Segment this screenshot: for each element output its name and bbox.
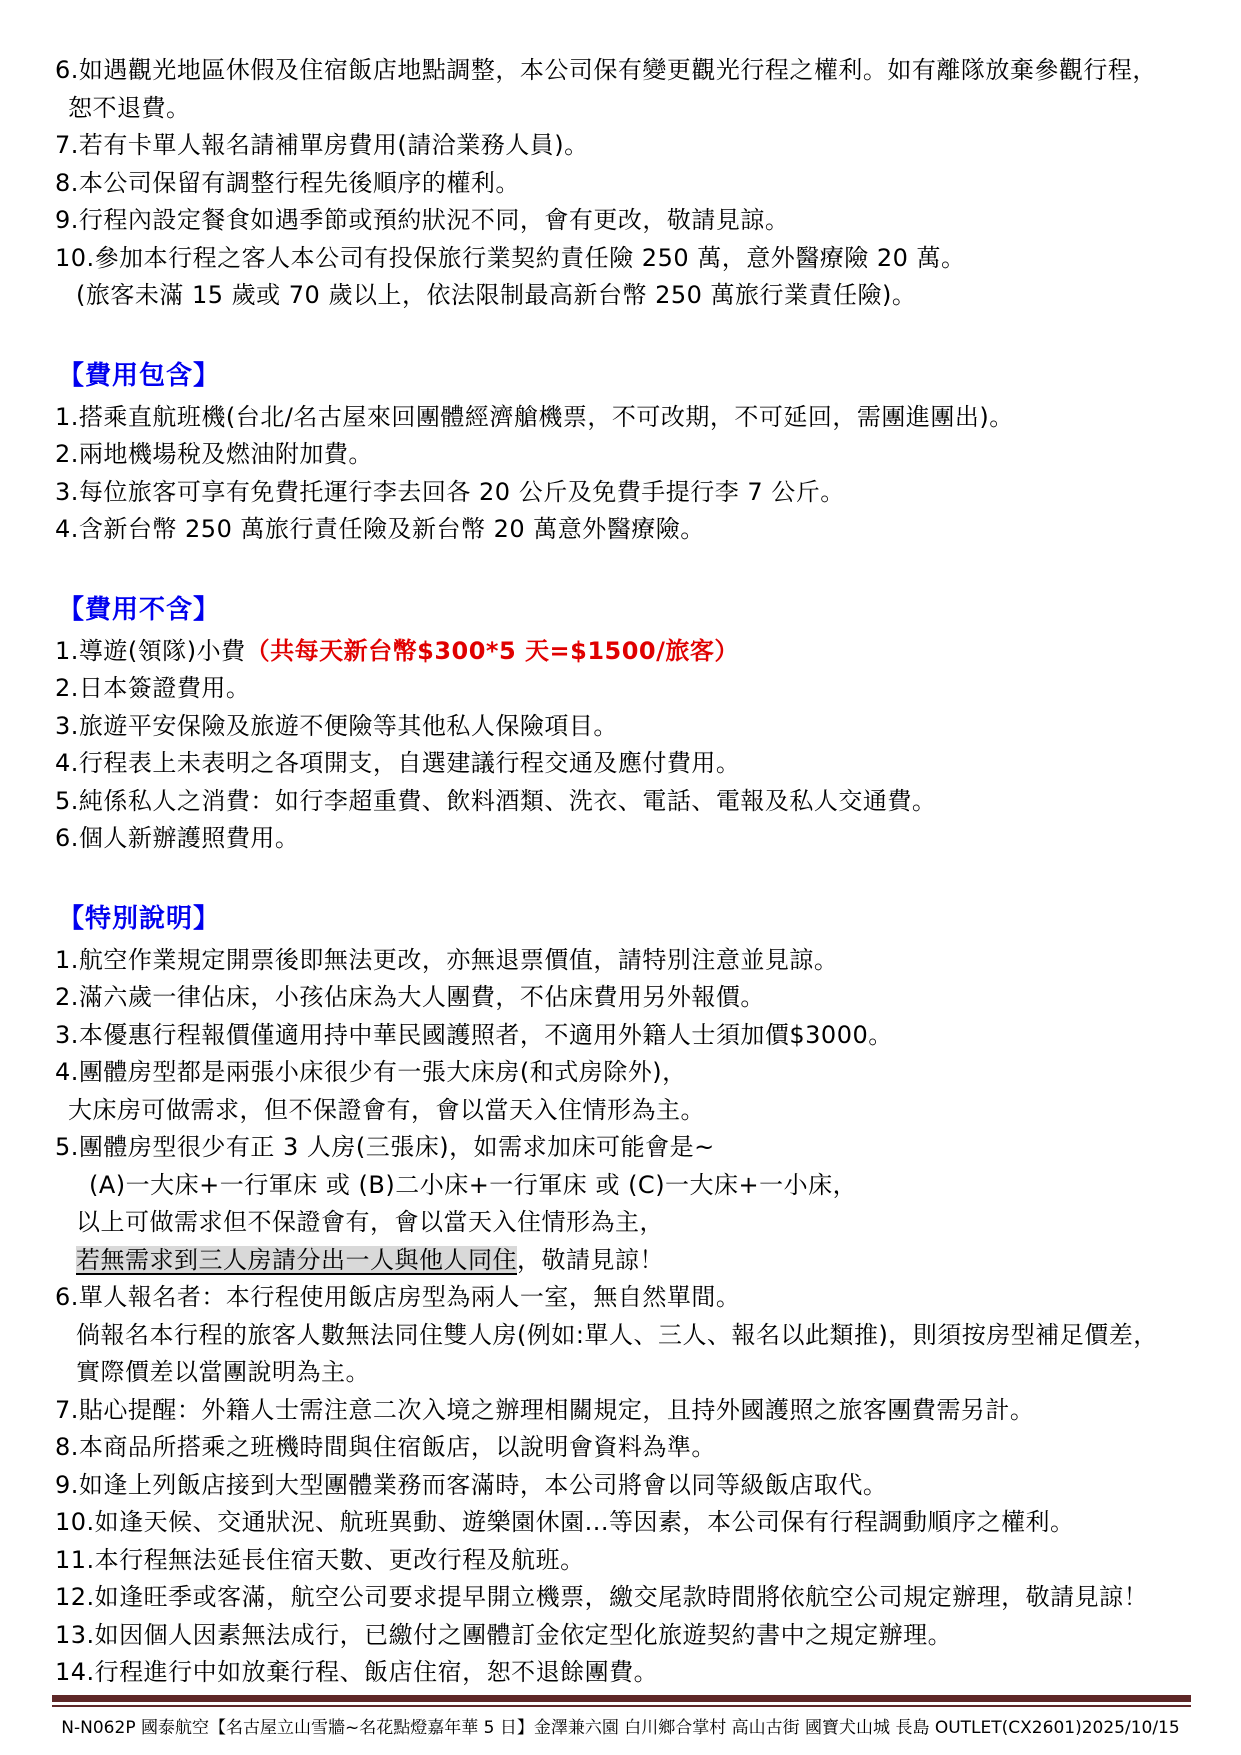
text-segment: 2.滿六歲一律佔床，小孩佔床為大人團費，不佔床費用另外報價。	[55, 983, 765, 1011]
fees-excluded: 1.導遊(領隊)小費（共每天新台幣$300*5 天=$1500/旅客）2.日本簽…	[55, 633, 1201, 858]
alert-text: （共每天新台幣$300*5 天=$1500/旅客）	[246, 637, 739, 665]
page-footer: N-N062P 國泰航空【名古屋立山雪牆~名花點燈嘉年華 5 日】金澤兼六園 白…	[0, 1695, 1241, 1740]
text-segment: 8.本公司保留有調整行程先後順序的權利。	[55, 169, 520, 197]
text-line: 3.旅遊平安保險及旅遊不便險等其他私人保險項目。	[55, 708, 1201, 746]
text-segment: 以上可做需求但不保證會有，會以當天入住情形為主，	[76, 1208, 664, 1236]
footer-text: N-N062P 國泰航空【名古屋立山雪牆~名花點燈嘉年華 5 日】金澤兼六園 白…	[0, 1716, 1241, 1740]
text-segment: (旅客未滿 15 歲或 70 歲以上，依法限制最高新台幣 250 萬旅行業責任險…	[76, 281, 916, 309]
text-line: 10.參加本行程之客人本公司有投保旅行業契約責任險 250 萬，意外醫療險 20…	[55, 240, 1201, 278]
text-line: 1.導遊(領隊)小費（共每天新台幣$300*5 天=$1500/旅客）	[55, 633, 1201, 671]
footer-divider	[52, 1695, 1191, 1707]
fees-included: 1.搭乘直航班機(台北/名古屋來回團體經濟艙機票，不可改期，不可延回，需團進團出…	[55, 399, 1201, 549]
text-segment: 1.航空作業規定開票後即無法更改，亦無退票價值，請特別注意並見諒。	[55, 946, 838, 974]
text-segment: 9.行程內設定餐食如遇季節或預約狀況不同，會有更改，敬請見諒。	[55, 206, 789, 234]
text-segment: 2.兩地機場稅及燃油附加費。	[55, 440, 373, 468]
text-segment: 恕不退費。	[68, 94, 191, 122]
text-segment: 3.本優惠行程報價僅適用持中華民國護照者，不適用外籍人士須加價$3000。	[55, 1021, 893, 1049]
text-segment: 3.每位旅客可享有免費托運行李去回各 20 公斤及免費手提行李 7 公斤。	[55, 478, 845, 506]
text-line: 9.行程內設定餐食如遇季節或預約狀況不同，會有更改，敬請見諒。	[55, 202, 1201, 240]
text-segment: 10.參加本行程之客人本公司有投保旅行業契約責任險 250 萬，意外醫療險 20…	[55, 244, 966, 272]
text-line: 13.如因個人因素無法成行，已繳付之團體訂金依定型化旅遊契約書中之規定辦理。	[55, 1617, 1201, 1655]
text-line: 4.行程表上未表明之各項開支，自選建議行程交通及應付費用。	[55, 745, 1201, 783]
text-segment: 8.本商品所搭乘之班機時間與住宿飯店，以說明會資料為準。	[55, 1433, 716, 1461]
document-content: 6.如遇觀光地區休假及住宿飯店地點調整，本公司保有變更觀光行程之權利。如有離隊放…	[0, 0, 1241, 1692]
text-line: 14.行程進行中如放棄行程、飯店住宿，恕不退餘團費。	[55, 1654, 1201, 1692]
text-line: 4.含新台幣 250 萬旅行責任險及新台幣 20 萬意外醫療險。	[55, 511, 1201, 549]
text-line: 8.本公司保留有調整行程先後順序的權利。	[55, 165, 1201, 203]
text-segment: 2.日本簽證費用。	[55, 674, 250, 702]
text-line: 11.本行程無法延長住宿天數、更改行程及航班。	[55, 1542, 1201, 1580]
text-segment: 14.行程進行中如放棄行程、飯店住宿，恕不退餘團費。	[55, 1658, 658, 1686]
text-segment: 10.如逢天候、交通狀況、航班異動、遊樂園休園...等因素，本公司保有行程調動順…	[55, 1508, 1075, 1536]
section-heading: 【特別說明】	[55, 896, 1201, 942]
text-line: 6.個人新辦護照費用。	[55, 820, 1201, 858]
text-line: 倘報名本行程的旅客人數無法同住雙人房(例如:單人、三人、報名以此類推)，則須按房…	[55, 1317, 1201, 1355]
general-notes: 6.如遇觀光地區休假及住宿飯店地點調整，本公司保有變更觀光行程之權利。如有離隊放…	[55, 52, 1201, 315]
text-segment: 6.個人新辦護照費用。	[55, 824, 299, 852]
text-segment: 4.行程表上未表明之各項開支，自選建議行程交通及應付費用。	[55, 749, 740, 777]
section-heading: 【費用包含】	[55, 353, 1201, 399]
text-line: (A)一大床+一行軍床 或 (B)二小床+一行軍床 或 (C)一大床+一小床，	[55, 1167, 1201, 1205]
text-line: 7.貼心提醒：外籍人士需注意二次入境之辦理相關規定，且持外國護照之旅客團費需另計…	[55, 1392, 1201, 1430]
text-line: 8.本商品所搭乘之班機時間與住宿飯店，以說明會資料為準。	[55, 1429, 1201, 1467]
text-segment: 6.單人報名者：本行程使用飯店房型為兩人一室，無自然單間。	[55, 1283, 740, 1311]
text-line: 1.搭乘直航班機(台北/名古屋來回團體經濟艙機票，不可改期，不可延回，需團進團出…	[55, 399, 1201, 437]
text-segment: 1.搭乘直航班機(台北/名古屋來回團體經濟艙機票，不可改期，不可延回，需團進團出…	[55, 403, 1014, 431]
text-segment: 9.如逢上列飯店接到大型團體業務而客滿時，本公司將會以同等級飯店取代。	[55, 1471, 887, 1499]
document-page: 6.如遇觀光地區休假及住宿飯店地點調整，本公司保有變更觀光行程之權利。如有離隊放…	[0, 0, 1241, 1740]
text-line: 4.團體房型都是兩張小床很少有一張大床房(和式房除外)，	[55, 1054, 1201, 1092]
text-segment: 實際價差以當團說明為主。	[76, 1358, 370, 1386]
highlighted-text: 若無需求到三人房請分出一人與他人同住	[76, 1246, 517, 1274]
text-segment: 5.純係私人之消費：如行李超重費、飲料酒類、洗衣、電話、電報及私人交通費。	[55, 787, 936, 815]
section-heading: 【費用不含】	[55, 587, 1201, 633]
text-line: 5.團體房型很少有正 3 人房(三張床)，如需求加床可能會是~	[55, 1129, 1201, 1167]
special-notes: 1.航空作業規定開票後即無法更改，亦無退票價值，請特別注意並見諒。2.滿六歲一律…	[55, 942, 1201, 1692]
text-line: 3.本優惠行程報價僅適用持中華民國護照者，不適用外籍人士須加價$3000。	[55, 1017, 1201, 1055]
text-line: 以上可做需求但不保證會有，會以當天入住情形為主，	[55, 1204, 1201, 1242]
text-segment: 6.如遇觀光地區休假及住宿飯店地點調整，本公司保有變更觀光行程之權利。如有離隊放…	[55, 56, 1157, 84]
text-segment: ，敬請見諒！	[517, 1246, 664, 1274]
text-line: 5.純係私人之消費：如行李超重費、飲料酒類、洗衣、電話、電報及私人交通費。	[55, 783, 1201, 821]
text-line: 2.兩地機場稅及燃油附加費。	[55, 436, 1201, 474]
text-line: 若無需求到三人房請分出一人與他人同住，敬請見諒！	[55, 1242, 1201, 1280]
footer-divider-thick-line	[52, 1695, 1191, 1702]
text-line: 10.如逢天候、交通狀況、航班異動、遊樂園休園...等因素，本公司保有行程調動順…	[55, 1504, 1201, 1542]
text-segment: 3.旅遊平安保險及旅遊不便險等其他私人保險項目。	[55, 712, 618, 740]
text-line: 6.如遇觀光地區休假及住宿飯店地點調整，本公司保有變更觀光行程之權利。如有離隊放…	[55, 52, 1201, 90]
text-line: 大床房可做需求，但不保證會有，會以當天入住情形為主。	[55, 1092, 1201, 1130]
text-segment: (A)一大床+一行軍床 或 (B)二小床+一行軍床 或 (C)一大床+一小床，	[89, 1171, 857, 1199]
text-line: 9.如逢上列飯店接到大型團體業務而客滿時，本公司將會以同等級飯店取代。	[55, 1467, 1201, 1505]
text-segment: 13.如因個人因素無法成行，已繳付之團體訂金依定型化旅遊契約書中之規定辦理。	[55, 1621, 952, 1649]
text-segment: 7.若有卡單人報名請補單房費用(請洽業務人員)。	[55, 131, 589, 159]
text-line: 3.每位旅客可享有免費托運行李去回各 20 公斤及免費手提行李 7 公斤。	[55, 474, 1201, 512]
text-segment: 1.導遊(領隊)小費	[55, 637, 246, 665]
text-segment: 大床房可做需求，但不保證會有，會以當天入住情形為主。	[68, 1096, 705, 1124]
text-line: 12.如逢旺季或客滿，航空公司要求提早開立機票，繳交尾款時間將依航空公司規定辦理…	[55, 1579, 1201, 1617]
text-line: 2.滿六歲一律佔床，小孩佔床為大人團費，不佔床費用另外報價。	[55, 979, 1201, 1017]
text-line: 1.航空作業規定開票後即無法更改，亦無退票價值，請特別注意並見諒。	[55, 942, 1201, 980]
text-line: 6.單人報名者：本行程使用飯店房型為兩人一室，無自然單間。	[55, 1279, 1201, 1317]
text-line: 實際價差以當團說明為主。	[55, 1354, 1201, 1392]
text-line: 2.日本簽證費用。	[55, 670, 1201, 708]
text-segment: 倘報名本行程的旅客人數無法同住雙人房(例如:單人、三人、報名以此類推)，則須按房…	[76, 1321, 1158, 1349]
text-segment: 11.本行程無法延長住宿天數、更改行程及航班。	[55, 1546, 585, 1574]
text-line: 恕不退費。	[55, 90, 1201, 128]
text-line: 7.若有卡單人報名請補單房費用(請洽業務人員)。	[55, 127, 1201, 165]
text-segment: 12.如逢旺季或客滿，航空公司要求提早開立機票，繳交尾款時間將依航空公司規定辦理…	[55, 1583, 1148, 1611]
text-line: (旅客未滿 15 歲或 70 歲以上，依法限制最高新台幣 250 萬旅行業責任險…	[55, 277, 1201, 315]
text-segment: 5.團體房型很少有正 3 人房(三張床)，如需求加床可能會是~	[55, 1133, 715, 1161]
text-segment: 4.團體房型都是兩張小床很少有一張大床房(和式房除外)，	[55, 1058, 687, 1086]
text-segment: 4.含新台幣 250 萬旅行責任險及新台幣 20 萬意外醫療險。	[55, 515, 705, 543]
footer-divider-thin-line	[52, 1705, 1191, 1707]
text-segment: 7.貼心提醒：外籍人士需注意二次入境之辦理相關規定，且持外國護照之旅客團費需另計…	[55, 1396, 1034, 1424]
